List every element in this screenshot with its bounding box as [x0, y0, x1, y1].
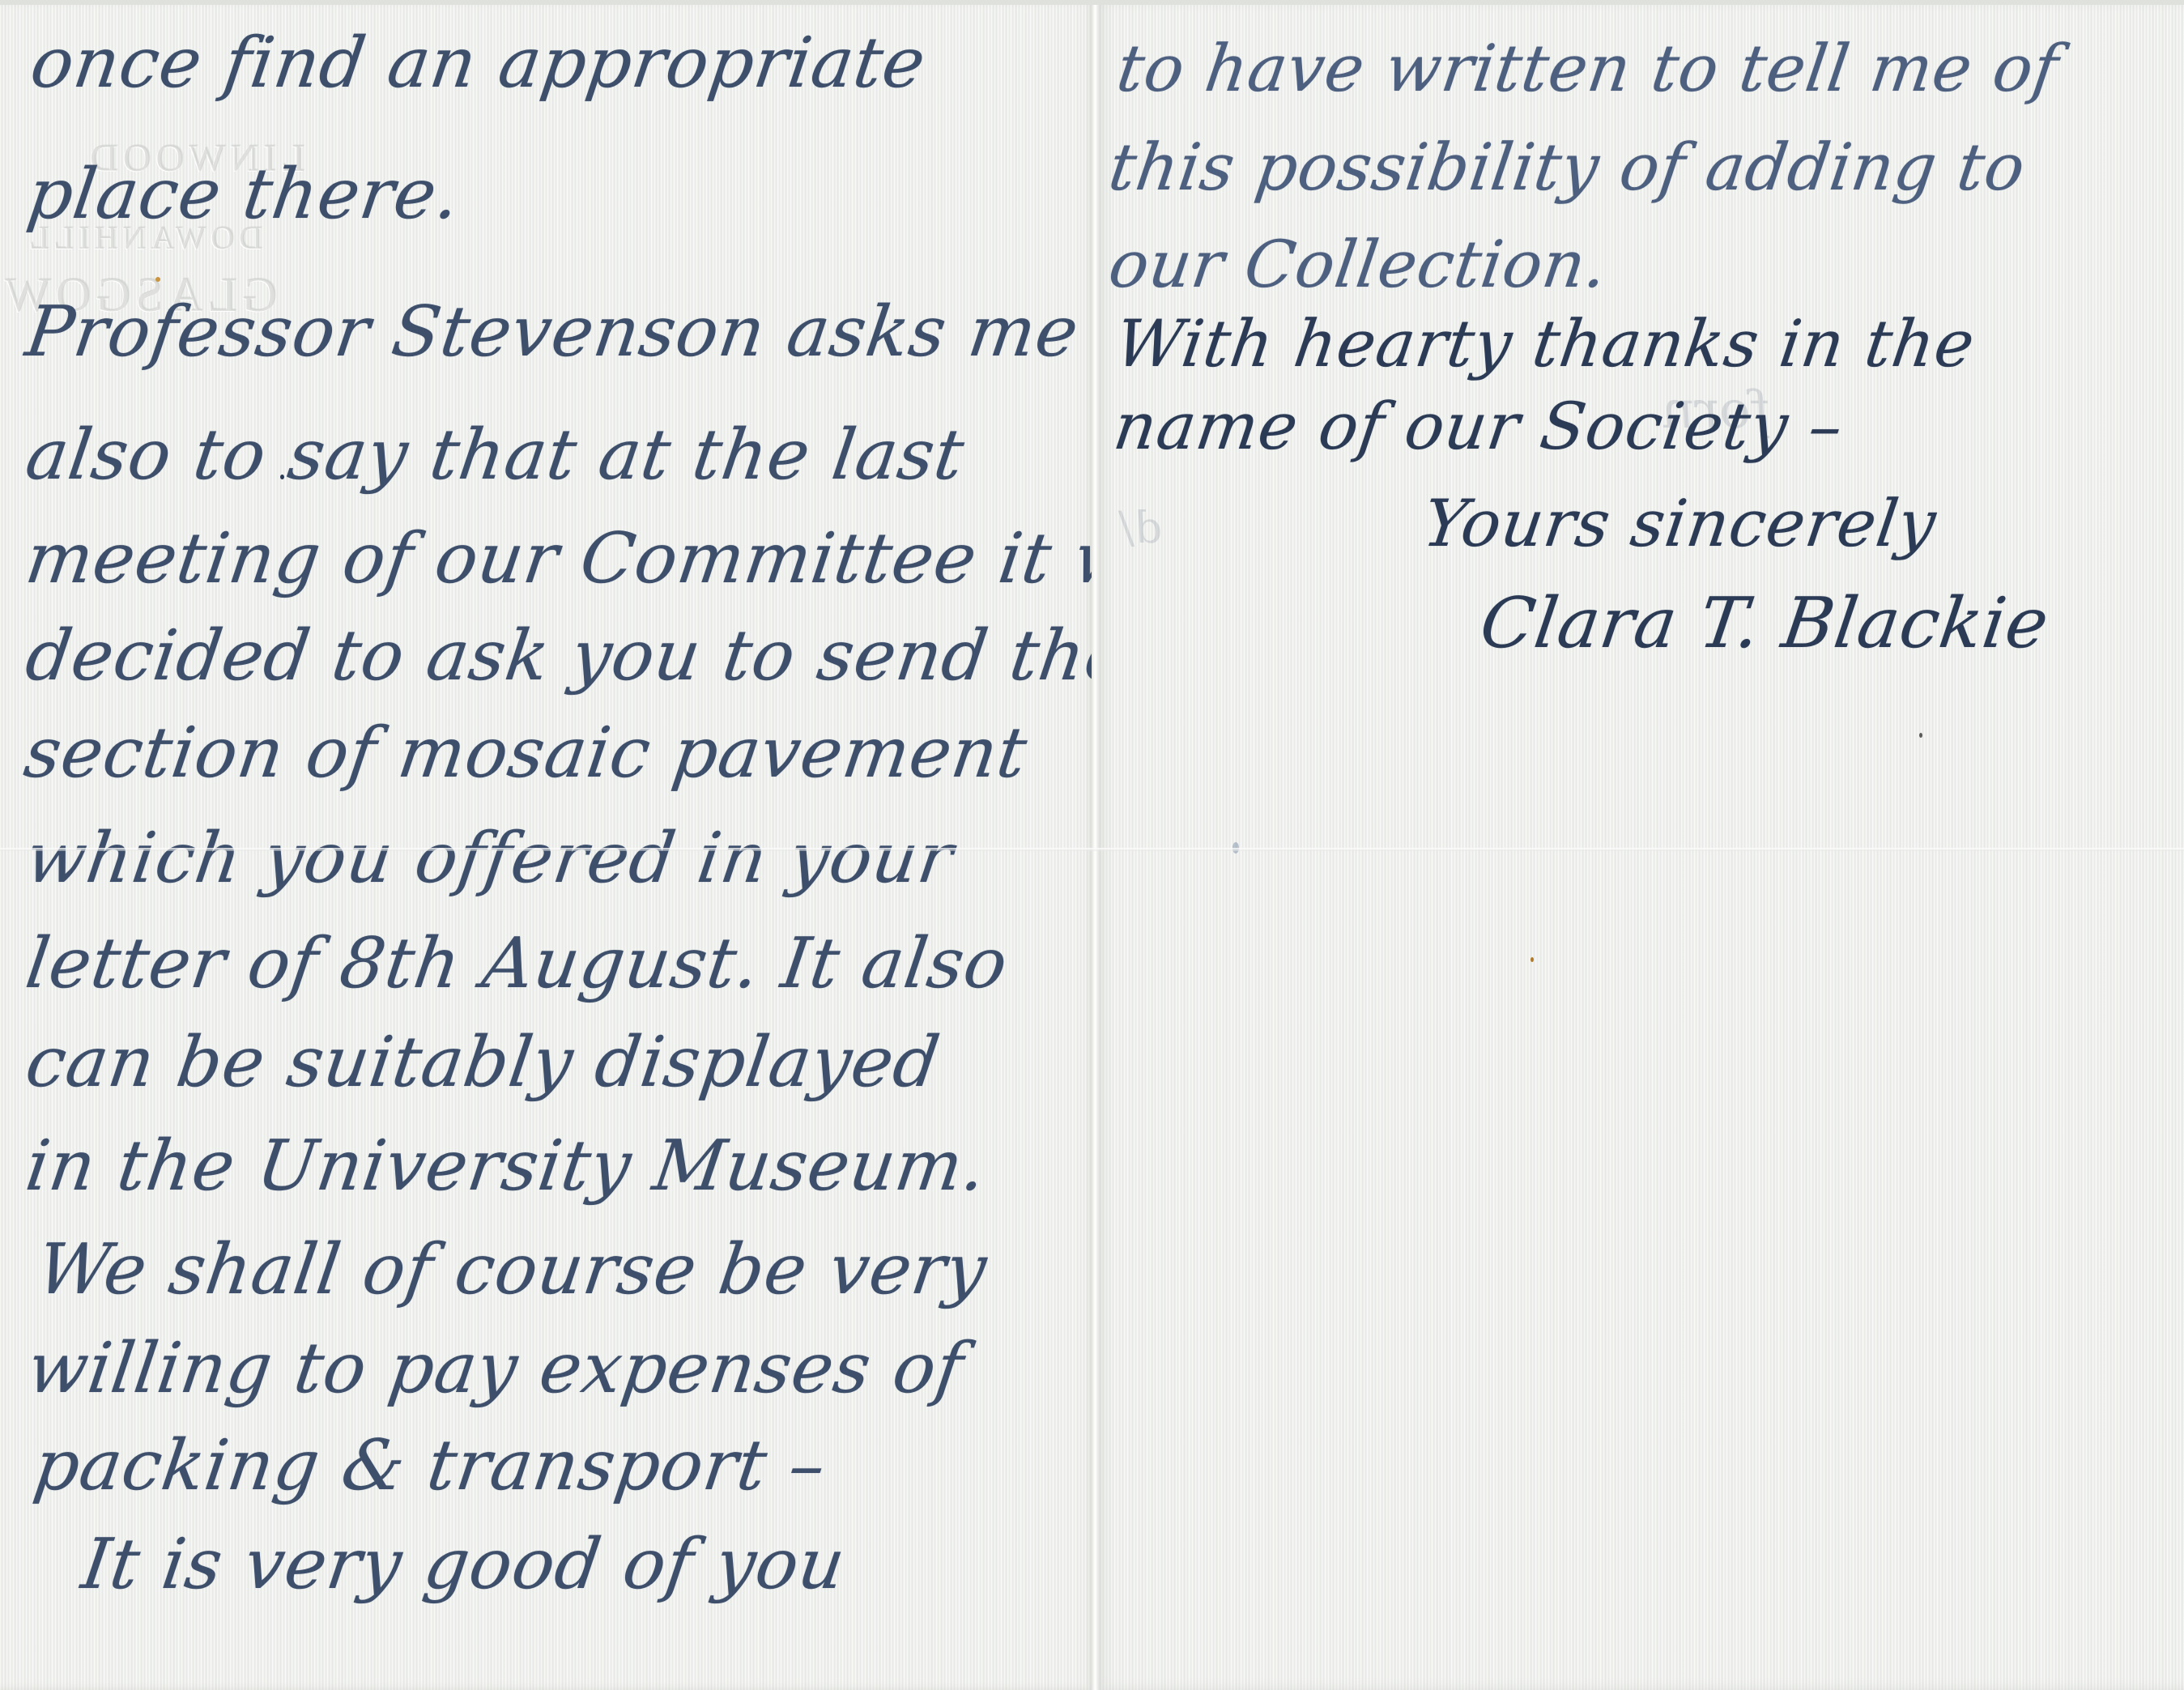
- scan-top-edge: [0, 0, 2184, 5]
- letter-line: once find an appropriate: [26, 23, 930, 104]
- left-page: LINWOOD DOWANHILL GLASGOW once find an a…: [0, 0, 1095, 1690]
- letter-sheet: LINWOOD DOWANHILL GLASGOW once find an a…: [0, 0, 2184, 1690]
- right-page: forn d/ to have written to tell me of th…: [1095, 0, 2184, 1690]
- letter-line: decided to ask you to send the: [21, 615, 1133, 696]
- letter-line: in the University Museum.: [21, 1126, 991, 1207]
- letter-line: It is very good of you: [77, 1524, 850, 1605]
- letter-line: willing to pay expenses of: [23, 1328, 969, 1409]
- letter-line: letter of 8th August. It also: [21, 923, 1013, 1004]
- paper-speck: [1531, 957, 1534, 962]
- letter-line: meeting of our Committee it was: [21, 518, 1220, 599]
- letter-line: to have written to tell me of: [1113, 31, 2063, 106]
- letter-line: We shall of course be very: [32, 1229, 992, 1310]
- letter-line: our Collection.: [1105, 227, 1612, 302]
- paper-speck: [155, 277, 160, 282]
- signature: Clara T. Blackie: [1475, 583, 2054, 664]
- paper-speck: [280, 475, 284, 479]
- paper-speck: [1919, 733, 1922, 738]
- letter-line: With hearty thanks in the: [1111, 306, 1980, 381]
- center-fold: [1092, 0, 1098, 1690]
- letter-line: this possibility of adding to: [1105, 130, 2030, 205]
- horizontal-fold: [0, 848, 2184, 851]
- letter-line: also to say that at the last: [21, 415, 969, 496]
- letter-line: place there.: [23, 154, 465, 235]
- letter-line: name of our Society –: [1109, 389, 1848, 464]
- letter-line: can be suitably displayed: [21, 1022, 945, 1103]
- closing-salutation: Yours sincerely: [1419, 486, 1941, 561]
- letter-line: which you offered in your: [21, 818, 958, 899]
- ink-bleed-through: d/: [1116, 502, 1166, 553]
- letter-line: Professor Stevenson asks me: [21, 292, 1083, 372]
- letter-line: packing & transport –: [29, 1425, 831, 1506]
- letter-line: section of mosaic pavement: [19, 713, 1032, 794]
